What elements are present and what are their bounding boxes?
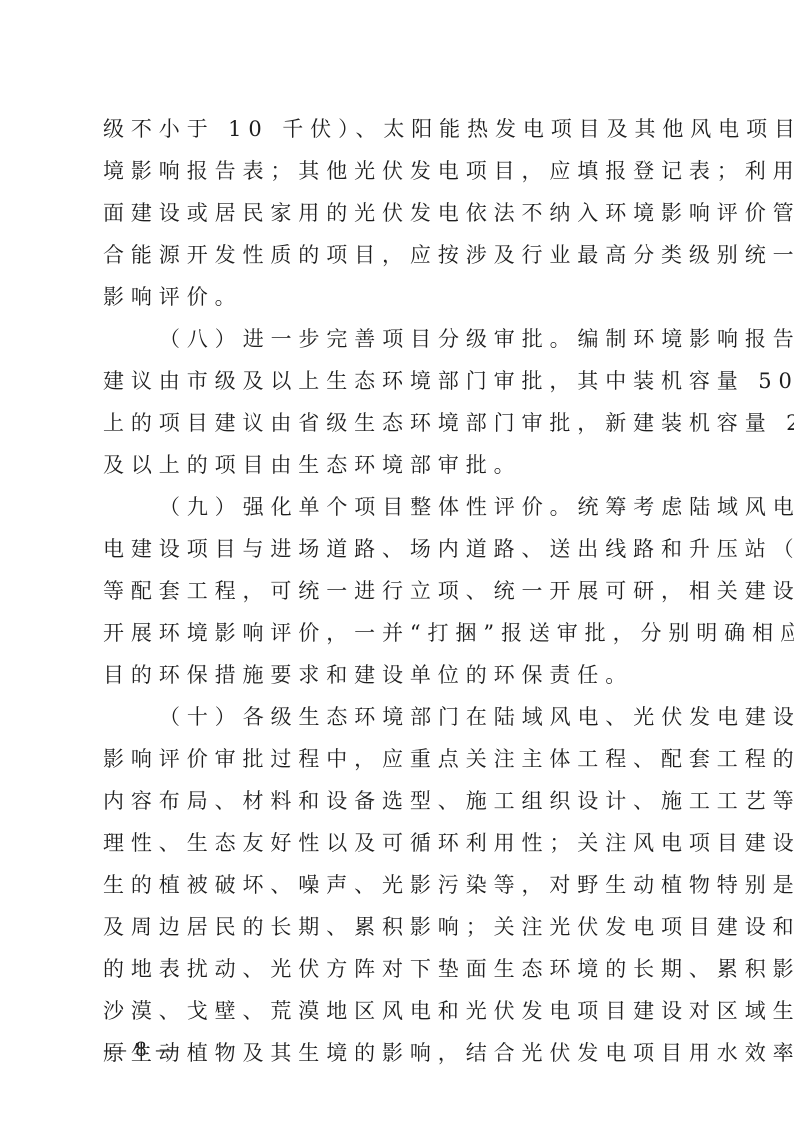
text-line: （八）进一步完善项目分级审批。编制环境影响报告书的项目 — [103, 318, 693, 360]
paragraph-continued: 级不小于 10 千伏）、太阳能热发电项目及其他风电项目，应编制环 境影响报告表；… — [103, 108, 693, 318]
text-line: 合能源开发性质的项目，应按涉及行业最高分类级别统一开展环境 — [103, 234, 693, 276]
paragraph-section-8: （八）进一步完善项目分级审批。编制环境影响报告书的项目 建议由市级及以上生态环境… — [103, 318, 693, 486]
text-line: 沙漠、戈壁、荒漠地区风电和光伏发电项目建设对区域生态系统、 — [103, 990, 693, 1032]
text-line: （十）各级生态环境部门在陆域风电、光伏发电建设项目环境 — [103, 696, 693, 738]
text-line: 建议由市级及以上生态环境部门审批，其中装机容量 50 万千瓦及以 — [103, 360, 693, 402]
text-line: 影响评价审批过程中，应重点关注主体工程、配套工程的总体建设 — [103, 738, 693, 780]
text-line: 等配套工程，可统一进行立项、统一开展可研，相关建设内容整体 — [103, 570, 693, 612]
text-line: 理性、生态友好性以及可循环利用性；关注风电项目建设和运行产 — [103, 822, 693, 864]
text-line: 内容布局、材料和设备选型、施工组织设计、施工工艺等的环境合 — [103, 780, 693, 822]
page-number: — 8 — — [104, 1036, 180, 1062]
text-line: 上的项目建议由省级生态环境部门审批，新建装机容量 200 万千瓦 — [103, 402, 693, 444]
text-line: 及以上的项目由生态环境部审批。 — [103, 444, 693, 486]
paragraph-section-10: （十）各级生态环境部门在陆域风电、光伏发电建设项目环境 影响评价审批过程中，应重… — [103, 696, 693, 1074]
document-page: 级不小于 10 千伏）、太阳能热发电项目及其他风电项目，应编制环 境影响报告表；… — [0, 0, 794, 1123]
text-line: 面建设或居民家用的光伏发电依法不纳入环境影响评价管理。属综 — [103, 192, 693, 234]
text-line: 原生动植物及其生境的影响，结合光伏发电项目用水效率和来源分 — [103, 1032, 693, 1074]
text-line: （九）强化单个项目整体性评价。统筹考虑陆域风电、光伏发 — [103, 486, 693, 528]
paragraph-section-9: （九）强化单个项目整体性评价。统筹考虑陆域风电、光伏发 电建设项目与进场道路、场… — [103, 486, 693, 696]
text-line: 的地表扰动、光伏方阵对下垫面生态环境的长期、累积影响；关注 — [103, 948, 693, 990]
text-line: 开展环境影响评价，一并“打捆”报送审批，分别明确相应建设项 — [103, 612, 693, 654]
text-line: 目的环保措施要求和建设单位的环保责任。 — [103, 654, 693, 696]
document-body: 级不小于 10 千伏）、太阳能热发电项目及其他风电项目，应编制环 境影响报告表；… — [103, 108, 693, 1074]
text-line: 及周边居民的长期、累积影响；关注光伏发电项目建设和运行产生 — [103, 906, 693, 948]
text-line: 级不小于 10 千伏）、太阳能热发电项目及其他风电项目，应编制环 — [103, 108, 693, 150]
text-line: 电建设项目与进场道路、场内道路、送出线路和升压站（变电站） — [103, 528, 693, 570]
text-line: 生的植被破坏、噪声、光影污染等，对野生动植物特别是鸟类，以 — [103, 864, 693, 906]
text-line: 影响评价。 — [103, 276, 693, 318]
text-line: 境影响报告表；其他光伏发电项目，应填报登记表；利用建筑物表 — [103, 150, 693, 192]
